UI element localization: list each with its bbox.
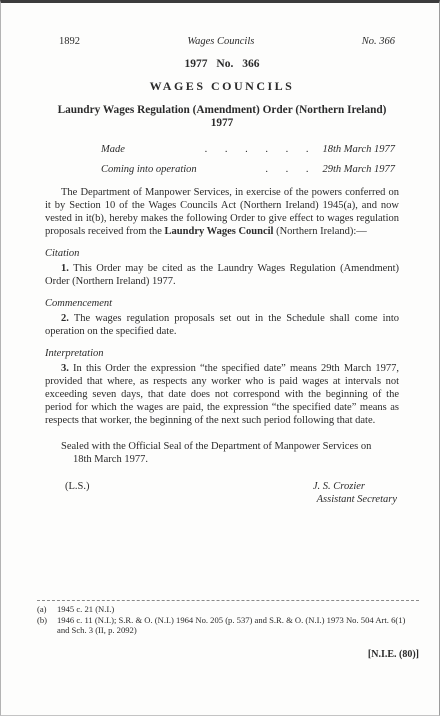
footnotes-block: (a) 1945 c. 21 (N.I.) (b) 1946 c. 11 (N.… [37, 600, 419, 636]
signatory-name: J. S. Crozier [313, 481, 365, 492]
order-title: Laundry Wages Regulation (Amendment) Ord… [45, 104, 399, 130]
commencement-paragraph: 2. The wages regulation proposals set ou… [45, 312, 399, 338]
coming-into-operation-line: Coming into operation . . . 29th March 1… [101, 163, 395, 176]
sealed-statement-line1: Sealed with the Official Seal of the Dep… [45, 440, 399, 453]
page-content: 1892 Wages Councils No. 366 1977 No. 366… [45, 35, 399, 506]
footnote-text: 1946 c. 11 (N.I.); S.R. & O. (N.I.) 1964… [57, 615, 419, 636]
footnote-b: (b) 1946 c. 11 (N.I.); S.R. & O. (N.I.) … [37, 615, 419, 636]
footnote-a: (a) 1945 c. 21 (N.I.) [37, 604, 419, 615]
made-line: Made . . . . . . 18th March 1977 [101, 143, 395, 156]
operation-date: 29th March 1977 [322, 163, 395, 176]
footnote-label: (b) [37, 615, 57, 636]
interpretation-heading: Interpretation [45, 347, 399, 360]
scanned-document-page: 1892 Wages Councils No. 366 1977 No. 366… [0, 0, 440, 716]
signature-row: (L.S.) J. S. Crozier Assistant Secretary [45, 480, 399, 506]
footnote-divider [37, 600, 419, 601]
sealed-statement-line2: 18th March 1977. [73, 453, 399, 466]
running-header: 1892 Wages Councils No. 366 [45, 35, 399, 48]
footnote-text: 1945 c. 21 (N.I.) [57, 604, 419, 615]
paragraph-number: 2. [61, 313, 69, 324]
citation-heading: Citation [45, 247, 399, 260]
commencement-heading: Commencement [45, 297, 399, 310]
paragraph-number: 1. [61, 263, 69, 274]
citation-text: This Order may be cited as the Laundry W… [45, 263, 399, 287]
leader-dots: . . . . . . [135, 143, 309, 156]
operation-label: Coming into operation [101, 163, 197, 176]
reference-code: [N.I.E. (80)] [368, 649, 419, 660]
preamble-text-2: (Northern Ireland):— [273, 226, 366, 237]
signatory-title: Assistant Secretary [317, 494, 397, 505]
seal-mark: (L.S.) [65, 480, 90, 493]
page-number: 1892 [59, 35, 80, 48]
section-heading: WAGES COUNCILS [45, 80, 399, 93]
leader-dots: . . . [207, 163, 309, 176]
footnote-label: (a) [37, 604, 57, 615]
document-number: 1977 No. 366 [45, 58, 399, 71]
preamble-council-name: Laundry Wages Council [165, 226, 274, 237]
interpretation-paragraph: 3. In this Order the expression “the spe… [45, 362, 399, 427]
paragraph-number: 3. [61, 363, 69, 374]
citation-paragraph: 1. This Order may be cited as the Laundr… [45, 262, 399, 288]
running-title: Wages Councils [187, 35, 254, 48]
issue-number: No. 366 [362, 35, 395, 48]
interpretation-text: In this Order the expression “the specif… [45, 363, 399, 426]
commencement-text: The wages regulation proposals set out i… [45, 313, 399, 337]
preamble-paragraph: The Department of Manpower Services, in … [45, 186, 399, 238]
made-label: Made [101, 143, 125, 156]
made-date: 18th March 1977 [322, 143, 395, 156]
signature-block: J. S. Crozier Assistant Secretary [313, 480, 399, 506]
